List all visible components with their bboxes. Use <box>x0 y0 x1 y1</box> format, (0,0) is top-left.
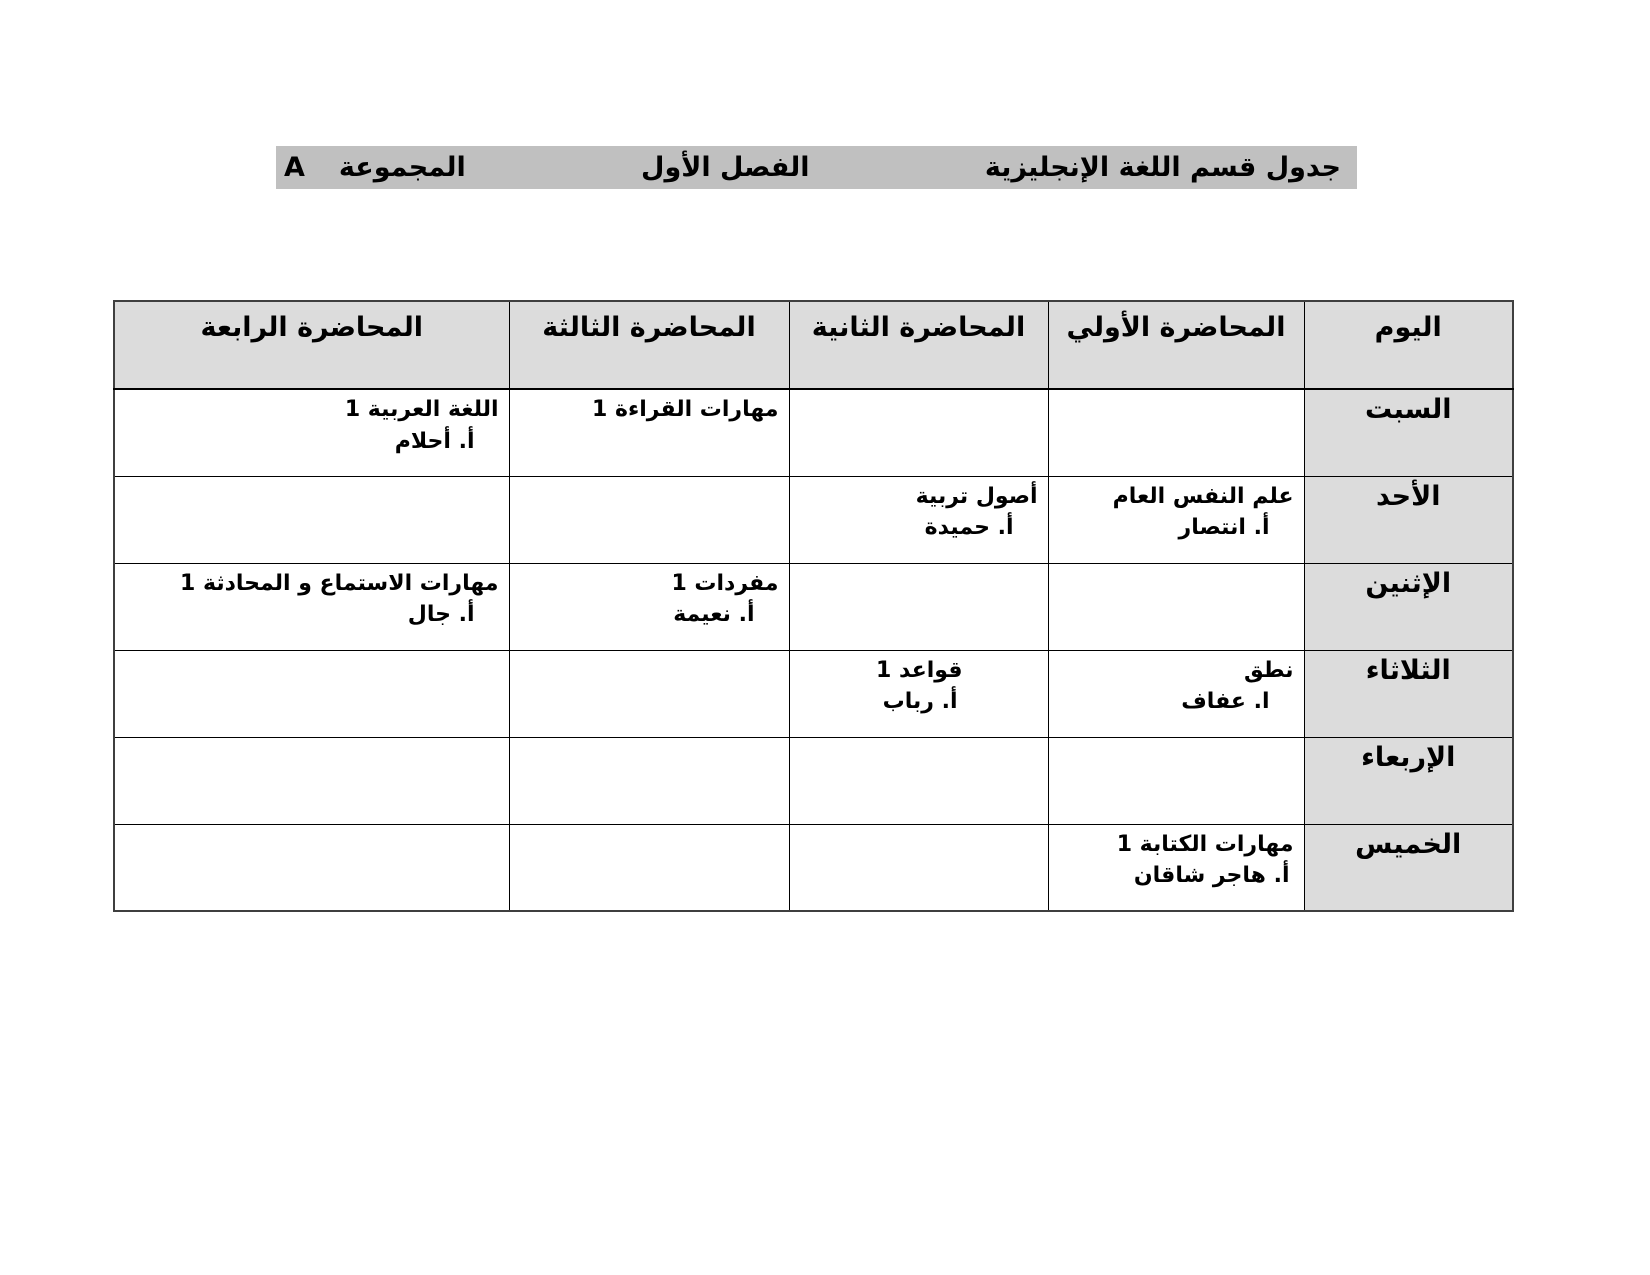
schedule-cell <box>114 737 509 824</box>
teacher-name: أ. انتصار <box>1059 512 1270 544</box>
schedule-cell <box>114 824 509 911</box>
group-segment: المجموعة A <box>284 152 466 183</box>
column-header-lecture3: المحاضرة الثالثة <box>509 301 789 389</box>
schedule-cell: أصول تربية أ. حميدة <box>789 476 1048 563</box>
teacher-name: ا. عفاف <box>1059 686 1270 718</box>
day-cell: الإربعاء <box>1304 737 1513 824</box>
document-page: جدول قسم اللغة الإنجليزية الفصل الأول ال… <box>0 0 1650 1275</box>
schedule-cell <box>509 650 789 737</box>
schedule-cell <box>1048 389 1304 476</box>
column-header-lecture4: المحاضرة الرابعة <box>114 301 509 389</box>
schedule-cell: علم النفس العام أ. انتصار <box>1048 476 1304 563</box>
schedule-cell <box>509 737 789 824</box>
department-title: جدول قسم اللغة الإنجليزية <box>985 152 1341 183</box>
schedule-cell <box>114 476 509 563</box>
document-title-bar: جدول قسم اللغة الإنجليزية الفصل الأول ال… <box>276 146 1357 189</box>
course-name: مهارات الاستماع و المحادثة 1 <box>125 568 499 600</box>
schedule-cell <box>789 563 1048 650</box>
table-row-saturday: السبت مهارات القراءة 1 اللغة العربية 1 أ… <box>114 389 1513 476</box>
header-row: اليوم المحاضرة الأولي المحاضرة الثانية ا… <box>114 301 1513 389</box>
teacher-name: أ. هاجر شاقان <box>1059 860 1290 892</box>
schedule-cell: مهارات الاستماع و المحادثة 1 أ. جال <box>114 563 509 650</box>
teacher-name: أ. رباب <box>800 686 958 718</box>
schedule-cell: مهارات القراءة 1 <box>509 389 789 476</box>
day-cell: السبت <box>1304 389 1513 476</box>
column-header-lecture2: المحاضرة الثانية <box>789 301 1048 389</box>
schedule-cell <box>509 476 789 563</box>
course-name: علم النفس العام <box>1059 481 1294 513</box>
schedule-cell <box>1048 737 1304 824</box>
schedule-cell <box>789 737 1048 824</box>
table-row-sunday: الأحد علم النفس العام أ. انتصار أصول ترب… <box>114 476 1513 563</box>
column-header-day: اليوم <box>1304 301 1513 389</box>
course-name: مهارات القراءة 1 <box>520 394 779 426</box>
table-row-wednesday: الإربعاء <box>114 737 1513 824</box>
schedule-cell: اللغة العربية 1 أ. أحلام <box>114 389 509 476</box>
table-row-thursday: الخميس مهارات الكتابة 1 أ. هاجر شاقان <box>114 824 1513 911</box>
course-name: أصول تربية <box>800 481 1038 513</box>
course-name: اللغة العربية 1 <box>125 394 499 426</box>
schedule-cell <box>1048 563 1304 650</box>
column-header-lecture1: المحاضرة الأولي <box>1048 301 1304 389</box>
schedule-cell <box>789 389 1048 476</box>
day-cell: الأحد <box>1304 476 1513 563</box>
course-name: نطق <box>1059 655 1294 687</box>
course-name: مهارات الكتابة 1 <box>1059 829 1294 861</box>
teacher-name: أ. حميدة <box>800 512 1014 544</box>
course-name: مفردات 1 <box>520 568 779 600</box>
teacher-name: أ. جال <box>125 599 475 631</box>
table-row-tuesday: الثلاثاء نطق ا. عفاف قواعد 1 أ. رباب <box>114 650 1513 737</box>
group-value: A <box>284 152 305 183</box>
course-name: قواعد 1 <box>800 655 963 687</box>
schedule-cell: نطق ا. عفاف <box>1048 650 1304 737</box>
schedule-cell <box>509 824 789 911</box>
group-label: المجموعة <box>339 152 466 183</box>
day-cell: الخميس <box>1304 824 1513 911</box>
schedule-cell <box>789 824 1048 911</box>
teacher-name: أ. أحلام <box>125 426 475 458</box>
schedule-cell: قواعد 1 أ. رباب <box>789 650 1048 737</box>
day-cell: الثلاثاء <box>1304 650 1513 737</box>
table-row-monday: الإثنين مفردات 1 أ. نعيمة مهارات الاستما… <box>114 563 1513 650</box>
schedule-cell <box>114 650 509 737</box>
semester-title: الفصل الأول <box>641 152 810 183</box>
schedule-cell: مفردات 1 أ. نعيمة <box>509 563 789 650</box>
teacher-name: أ. نعيمة <box>520 599 755 631</box>
schedule-table: اليوم المحاضرة الأولي المحاضرة الثانية ا… <box>113 300 1514 912</box>
day-cell: الإثنين <box>1304 563 1513 650</box>
schedule-cell: مهارات الكتابة 1 أ. هاجر شاقان <box>1048 824 1304 911</box>
